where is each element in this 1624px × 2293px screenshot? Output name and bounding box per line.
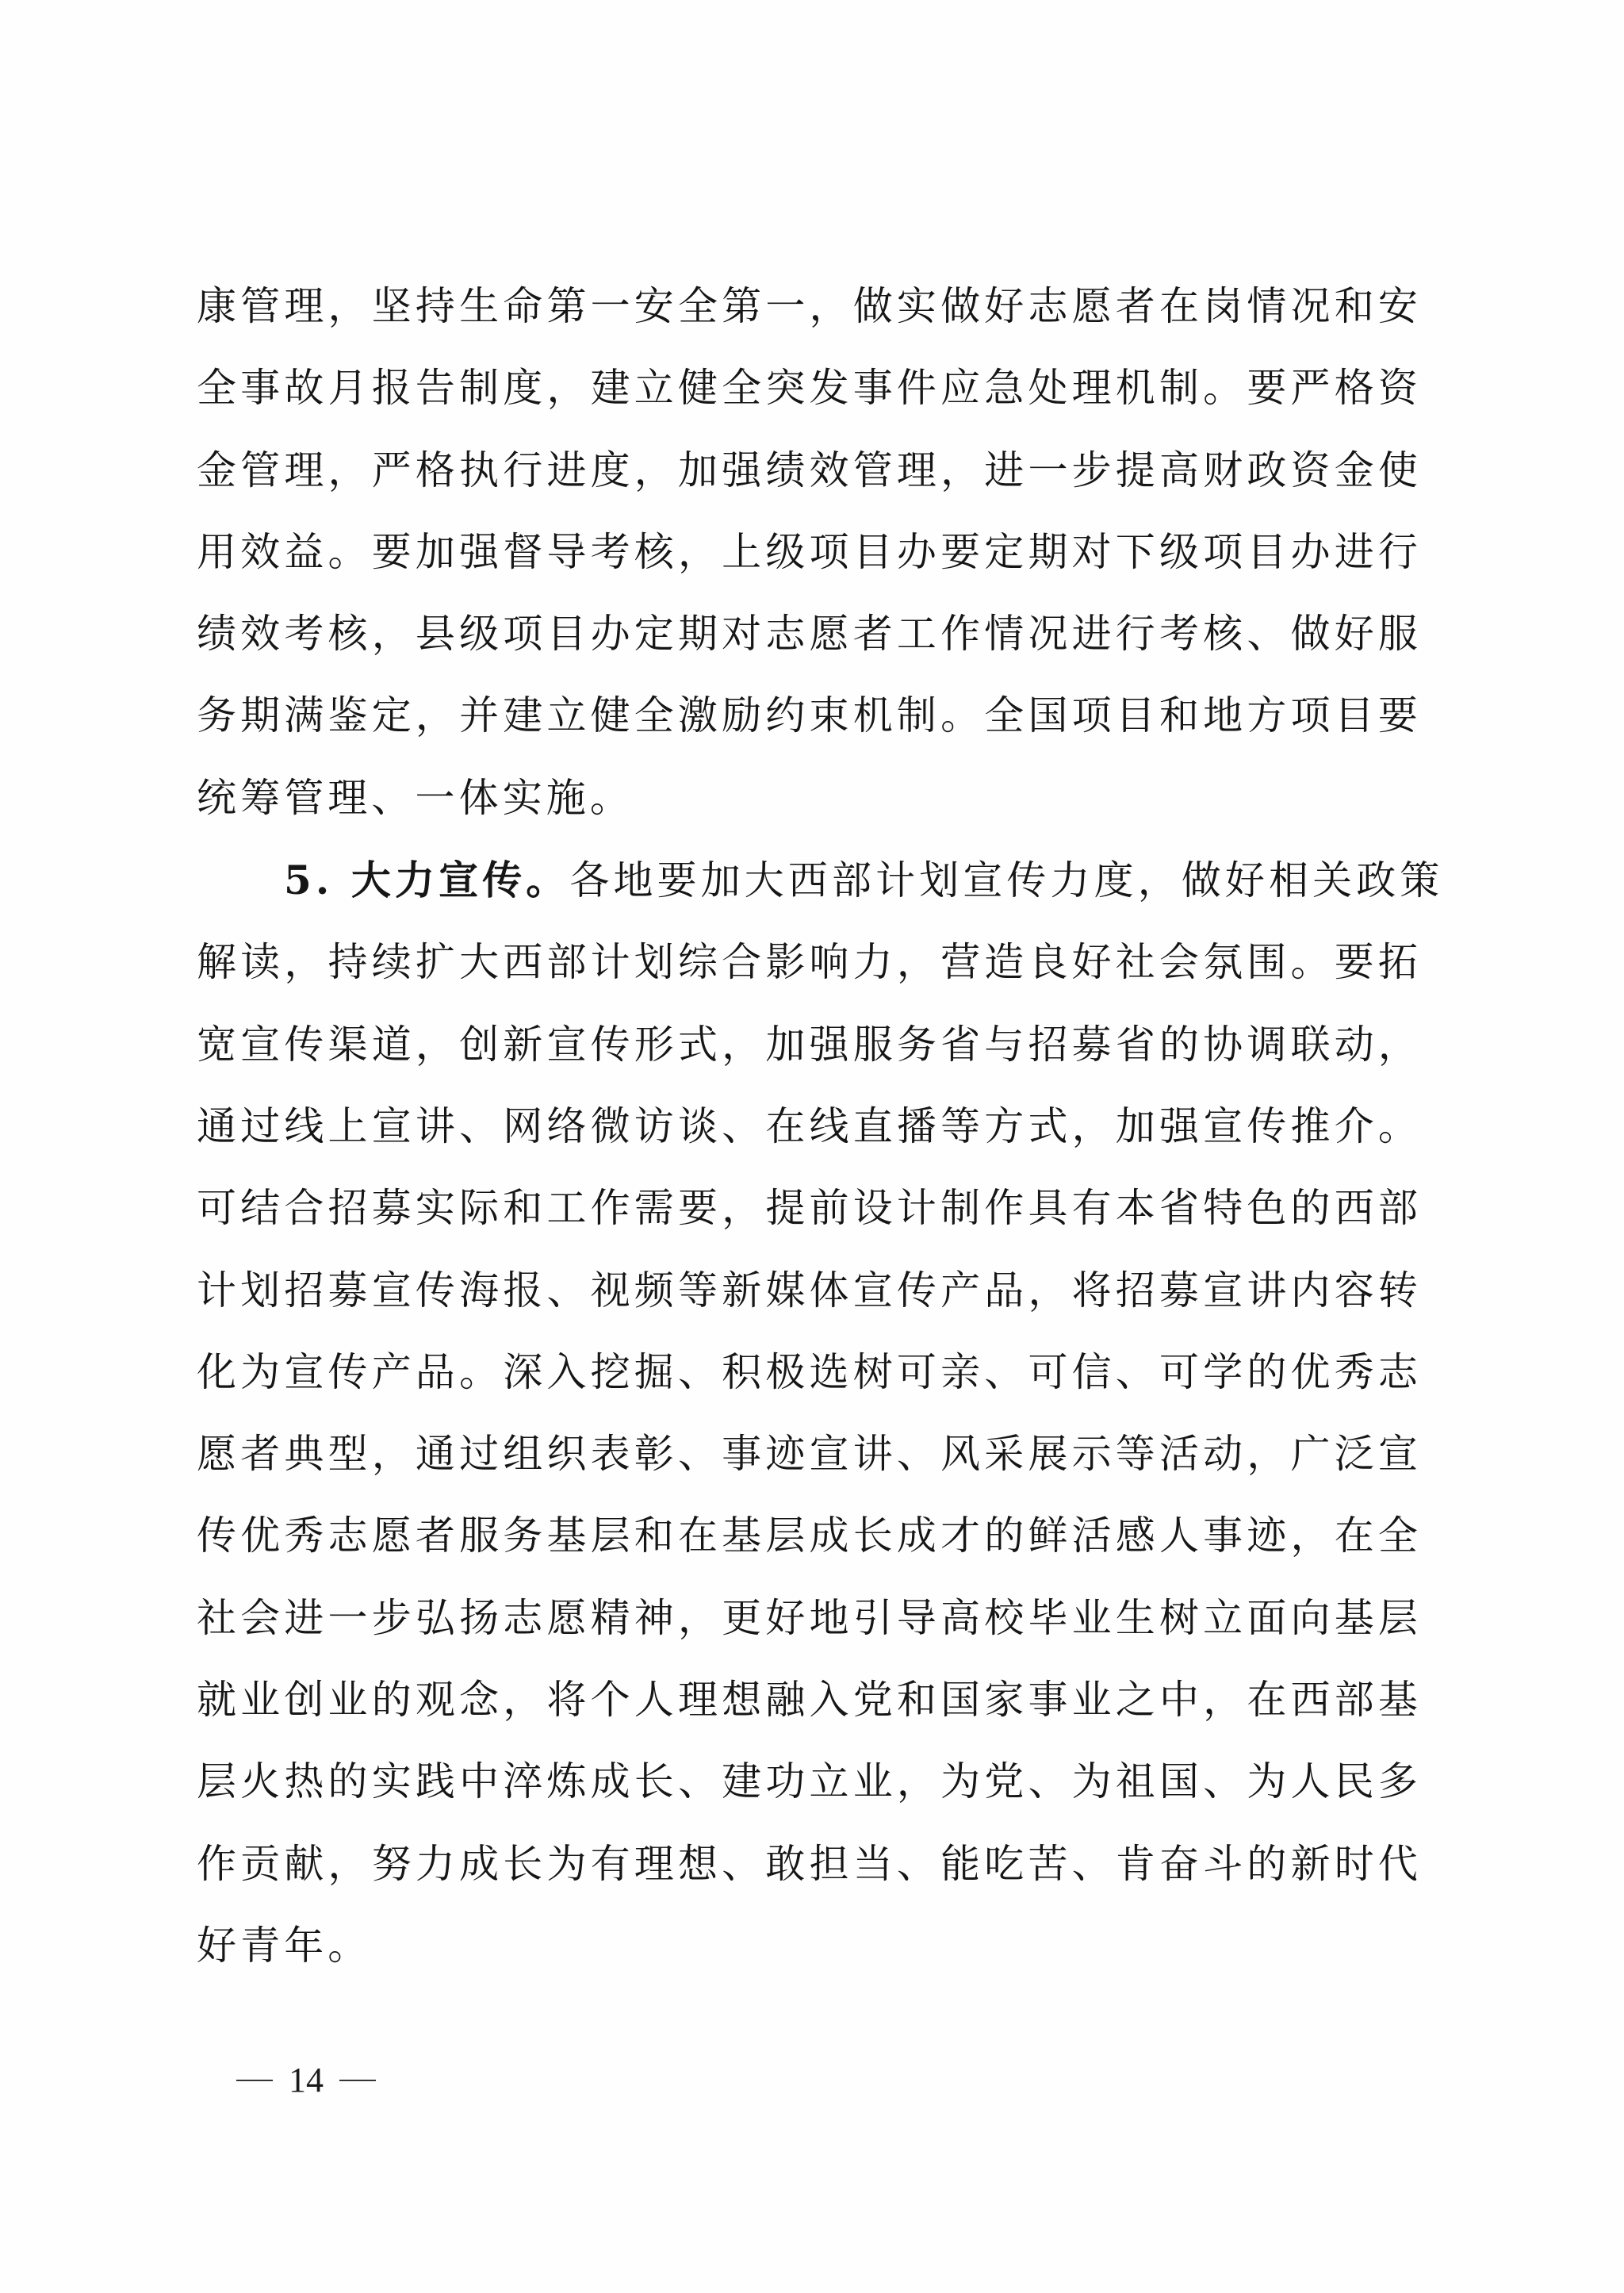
- text-line: 通过线上宣讲、网络微访谈、在线直播等方式，加强宣传推介。: [197, 1086, 1422, 1168]
- document-page: 康管理，坚持生命第一安全第一，做实做好志愿者在岗情况和安 全事故月报告制度，建立…: [0, 0, 1624, 2293]
- text-line: 康管理，坚持生命第一安全第一，做实做好志愿者在岗情况和安: [197, 266, 1422, 347]
- text-line-first: 5. 大力宣传。各地要加大西部计划宣传力度，做好相关政策: [197, 839, 1422, 922]
- document-body: 康管理，坚持生命第一安全第一，做实做好志愿者在岗情况和安 全事故月报告制度，建立…: [197, 266, 1422, 1987]
- text-line: 计划招募宣传海报、视频等新媒体宣传产品，将招募宣讲内容转: [197, 1250, 1422, 1332]
- text-line: 全事故月报告制度，建立健全突发事件应急处理机制。要严格资: [197, 347, 1422, 429]
- text-line: 作贡献，努力成长为有理想、敢担当、能吃苦、肯奋斗的新时代: [197, 1823, 1422, 1905]
- footer-dash-left: [236, 2080, 273, 2081]
- section-first-line-text: 各地要加大西部计划宣传力度，做好相关政策: [569, 857, 1443, 903]
- text-line: 社会进一步弘扬志愿精神，更好地引导高校毕业生树立面向基层: [197, 1578, 1422, 1659]
- text-line: 用效益。要加强督导考核，上级项目办要定期对下级项目办进行: [197, 512, 1422, 593]
- text-line: 务期满鉴定，并建立健全激励约束机制。全国项目和地方项目要: [197, 675, 1422, 757]
- text-line: 宽宣传渠道，创新宣传形式，加强服务省与招募省的协调联动，: [197, 1004, 1422, 1086]
- text-line: 绩效考核，县级项目办定期对志愿者工作情况进行考核、做好服: [197, 593, 1422, 675]
- text-line: 金管理，严格执行进度，加强绩效管理，进一步提高财政资金使: [197, 430, 1422, 512]
- page-footer: 14: [236, 2060, 376, 2100]
- text-line: 传优秀志愿者服务基层和在基层成长成才的鲜活感人事迹，在全: [197, 1495, 1422, 1577]
- paragraph-management: 康管理，坚持生命第一安全第一，做实做好志愿者在岗情况和安 全事故月报告制度，建立…: [197, 266, 1422, 839]
- page-number: 14: [289, 2060, 324, 2100]
- footer-dash-right: [339, 2080, 376, 2081]
- text-line: 就业创业的观念，将个人理想融入党和国家事业之中，在西部基: [197, 1659, 1422, 1741]
- section-heading: 5. 大力宣传。: [284, 857, 569, 903]
- text-line: 统筹管理、一体实施。: [197, 757, 1422, 839]
- text-line: 层火热的实践中淬炼成长、建功立业，为党、为祖国、为人民多: [197, 1741, 1422, 1823]
- text-line: 可结合招募实际和工作需要，提前设计制作具有本省特色的西部: [197, 1168, 1422, 1249]
- text-line: 解读，持续扩大西部计划综合影响力，营造良好社会氛围。要拓: [197, 922, 1422, 1003]
- text-line: 化为宣传产品。深入挖掘、积极选树可亲、可信、可学的优秀志: [197, 1332, 1422, 1413]
- paragraph-section-5: 5. 大力宣传。各地要加大西部计划宣传力度，做好相关政策 解读，持续扩大西部计划…: [197, 839, 1422, 1987]
- text-line: 愿者典型，通过组织表彰、事迹宣讲、风采展示等活动，广泛宣: [197, 1413, 1422, 1495]
- text-line: 好青年。: [197, 1905, 1422, 1987]
